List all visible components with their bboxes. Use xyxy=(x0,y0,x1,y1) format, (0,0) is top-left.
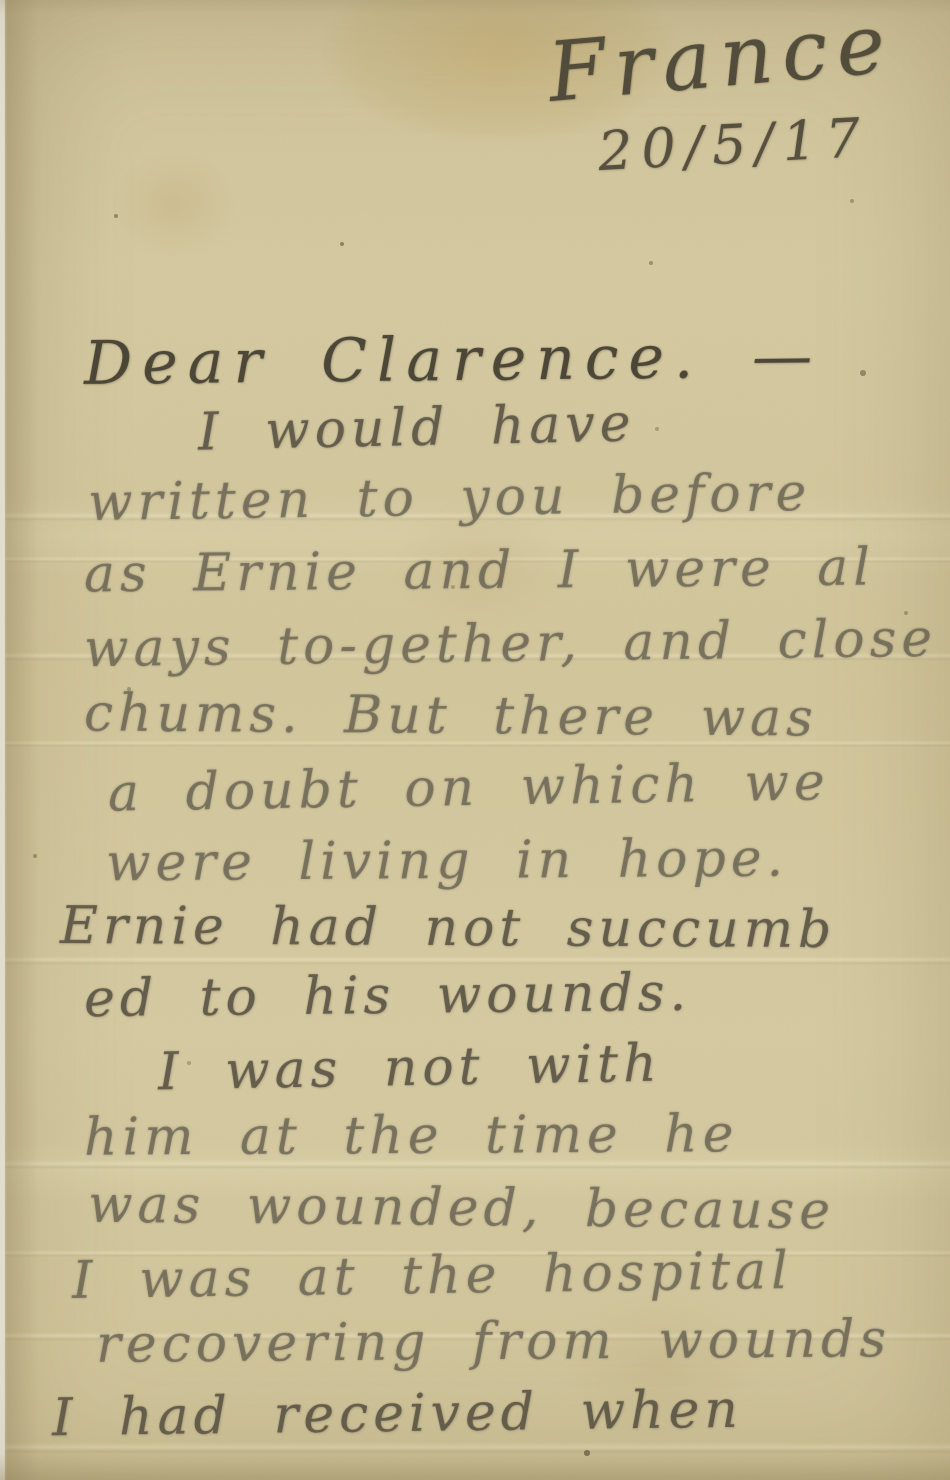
letter-line: I would have xyxy=(198,397,636,458)
letter-line: was wounded, because xyxy=(88,1179,836,1238)
letter-line: written to you before xyxy=(88,467,812,529)
letter-line: were living in hope. xyxy=(106,833,788,890)
letter-line: I had received when xyxy=(52,1384,743,1444)
letter-line: ways to-gether, and close xyxy=(84,613,938,675)
letter-line: Ernie had not succumb xyxy=(60,900,837,956)
letter-line: I was not with xyxy=(158,1038,662,1099)
letter-salutation: Dear Clarence. — xyxy=(84,326,823,394)
letter-line: I was at the hospital xyxy=(72,1245,793,1307)
letter-line: him at the time he xyxy=(84,1108,739,1163)
letter-line: as Ernie and I were al xyxy=(84,542,875,601)
letter-line: a doubt on which we xyxy=(108,756,830,819)
letter-line: recovering from wounds xyxy=(96,1313,891,1371)
letter-line: chums. But there was xyxy=(84,687,818,744)
letter-line: ed to his wounds. xyxy=(84,967,691,1025)
letter-date: 20/5/17 xyxy=(597,111,871,179)
letter-page: France 20/5/17 Dear Clarence. — I would … xyxy=(0,0,950,1480)
